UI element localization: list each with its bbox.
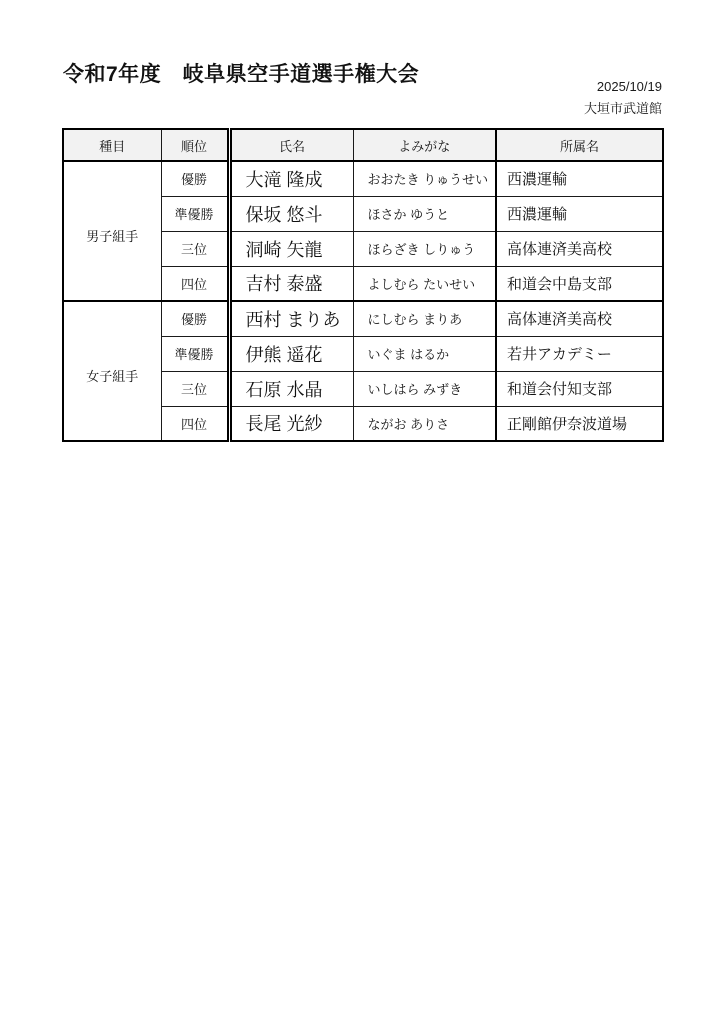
header-rank: 順位 [161,129,229,161]
rank-cell: 四位 [161,266,229,301]
affiliation-cell: 和道会中島支部 [496,266,663,301]
table-row: 男子組手優勝大滝 隆成おおたき りゅうせい西濃運輸 [63,161,663,196]
rank-cell: 準優勝 [161,336,229,371]
affiliation-cell: 正剛館伊奈波道場 [496,406,663,441]
reading-cell: ながお ありさ [353,406,496,441]
reading-cell: いしはら みずき [353,371,496,406]
event-meta: 2025/10/19 大垣市武道館 [584,76,662,120]
affiliation-cell: 若井アカデミー [496,336,663,371]
affiliation-cell: 西濃運輸 [496,161,663,196]
rank-cell: 三位 [161,231,229,266]
header-row: 種目 順位 氏名 よみがな 所属名 [63,129,663,161]
header-reading: よみがな [353,129,496,161]
affiliation-cell: 高体連済美高校 [496,231,663,266]
name-cell: 大滝 隆成 [229,161,353,196]
name-cell: 洞崎 矢龍 [229,231,353,266]
reading-cell: よしむら たいせい [353,266,496,301]
affiliation-cell: 高体連済美高校 [496,301,663,336]
event-cell: 女子組手 [63,301,161,441]
reading-cell: いぐま はるか [353,336,496,371]
table-row: 女子組手優勝西村 まりあにしむら まりあ高体連済美高校 [63,301,663,336]
results-table: 種目 順位 氏名 よみがな 所属名 男子組手優勝大滝 隆成おおたき りゅうせい西… [62,128,664,442]
header-affiliation: 所属名 [496,129,663,161]
header-name: 氏名 [229,129,353,161]
rank-cell: 四位 [161,406,229,441]
reading-cell: ほらざき しりゅう [353,231,496,266]
page-title: 令和7年度 岐阜県空手道選手権大会 [63,58,419,88]
reading-cell: にしむら まりあ [353,301,496,336]
name-cell: 吉村 泰盛 [229,266,353,301]
document-page: { "page": { "title": "令和7年度 岐阜県空手道選手権大会"… [0,0,724,1024]
name-cell: 長尾 光紗 [229,406,353,441]
rank-cell: 三位 [161,371,229,406]
event-cell: 男子組手 [63,161,161,301]
event-venue: 大垣市武道館 [584,98,662,120]
header-event: 種目 [63,129,161,161]
rank-cell: 準優勝 [161,196,229,231]
event-date: 2025/10/19 [584,76,662,98]
rank-cell: 優勝 [161,161,229,196]
name-cell: 石原 水晶 [229,371,353,406]
affiliation-cell: 和道会付知支部 [496,371,663,406]
affiliation-cell: 西濃運輸 [496,196,663,231]
name-cell: 西村 まりあ [229,301,353,336]
rank-cell: 優勝 [161,301,229,336]
results-tbody: 男子組手優勝大滝 隆成おおたき りゅうせい西濃運輸準優勝保坂 悠斗ほさか ゆうと… [63,161,663,441]
reading-cell: おおたき りゅうせい [353,161,496,196]
reading-cell: ほさか ゆうと [353,196,496,231]
name-cell: 保坂 悠斗 [229,196,353,231]
results-table-header: 種目 順位 氏名 よみがな 所属名 [63,129,663,161]
name-cell: 伊熊 遥花 [229,336,353,371]
